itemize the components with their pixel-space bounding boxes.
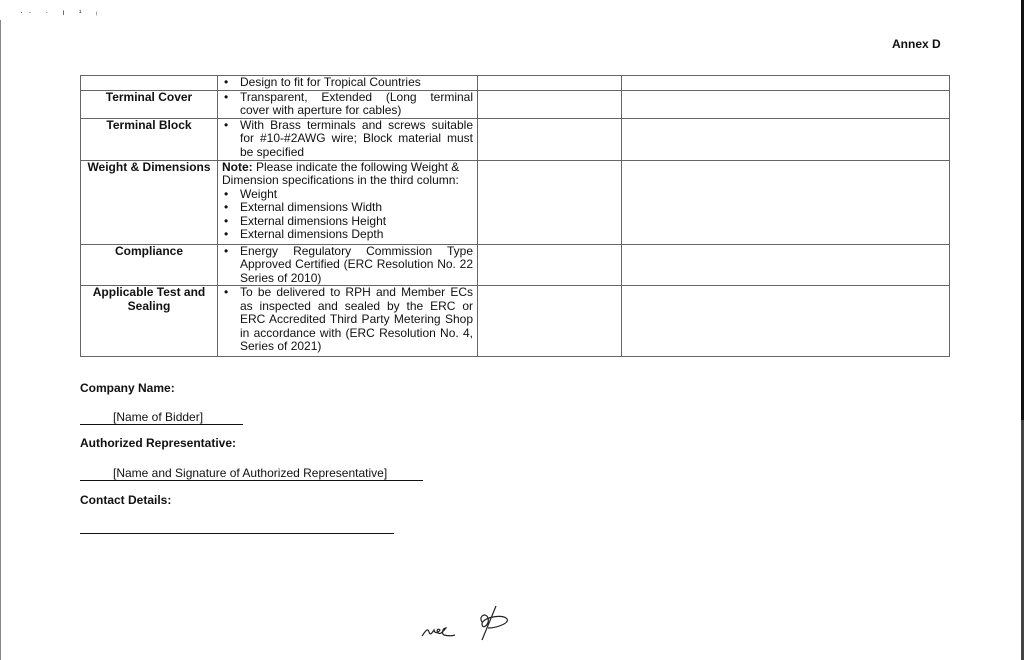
row-label: Compliance <box>81 244 218 286</box>
authorized-representative-field[interactable]: [Name and Signature of Authorized Repres… <box>80 466 423 481</box>
bullet-icon: • <box>222 245 240 286</box>
row-spec: •Transparent, Extended (Long terminal co… <box>218 90 478 118</box>
scan-marks: ·· · ı ¹ ₍ <box>20 8 104 17</box>
row-response <box>478 76 622 91</box>
bullet-icon: • <box>222 215 240 229</box>
row-label: Applicable Test and Sealing <box>81 286 218 357</box>
table-row: Terminal Cover •Transparent, Extended (L… <box>81 90 950 118</box>
authorized-representative-label: Authorized Representative: <box>80 436 236 450</box>
row-remarks <box>622 118 950 160</box>
bullet-icon: • <box>222 228 240 242</box>
table-row: Applicable Test and Sealing •To be deliv… <box>81 286 950 357</box>
note: Note: Please indicate the following Weig… <box>222 161 473 188</box>
initials-signature <box>420 600 530 650</box>
contact-details-label: Contact Details: <box>80 493 171 507</box>
row-response <box>478 244 622 286</box>
table-row: Compliance •Energy Regulatory Commission… <box>81 244 950 286</box>
specification-table: •Design to fit for Tropical Countries Te… <box>80 75 950 357</box>
row-response <box>478 160 622 244</box>
bullet-icon: • <box>222 119 240 160</box>
row-spec: •With Brass terminals and screws suitabl… <box>218 118 478 160</box>
row-spec: •Energy Regulatory Commission Type Appro… <box>218 244 478 286</box>
annex-label: Annex D <box>892 37 941 51</box>
row-remarks <box>622 160 950 244</box>
page-edge-left <box>0 20 1 660</box>
company-name-field[interactable]: [Name of Bidder] <box>80 410 243 425</box>
row-label: Weight & Dimensions <box>81 160 218 244</box>
row-label <box>81 76 218 91</box>
row-spec: •To be delivered to RPH and Member ECs a… <box>218 286 478 357</box>
bullet-icon: • <box>222 286 240 354</box>
table-row: Weight & Dimensions Note: Please indicat… <box>81 160 950 244</box>
bullet-icon: • <box>222 76 240 90</box>
bullet-icon: • <box>222 188 240 202</box>
row-spec: Note: Please indicate the following Weig… <box>218 160 478 244</box>
bullet-icon: • <box>222 201 240 215</box>
row-response <box>478 90 622 118</box>
row-response <box>478 118 622 160</box>
row-remarks <box>622 286 950 357</box>
company-name-label: Company Name: <box>80 381 175 395</box>
row-remarks <box>622 76 950 91</box>
bullet-icon: • <box>222 91 240 118</box>
contact-details-field[interactable] <box>80 520 394 537</box>
row-remarks <box>622 90 950 118</box>
signature-icon <box>420 600 530 645</box>
row-spec: •Design to fit for Tropical Countries <box>218 76 478 91</box>
row-label: Terminal Block <box>81 118 218 160</box>
row-label: Terminal Cover <box>81 90 218 118</box>
table-row: Terminal Block •With Brass terminals and… <box>81 118 950 160</box>
table-row: •Design to fit for Tropical Countries <box>81 76 950 91</box>
row-response <box>478 286 622 357</box>
row-remarks <box>622 244 950 286</box>
